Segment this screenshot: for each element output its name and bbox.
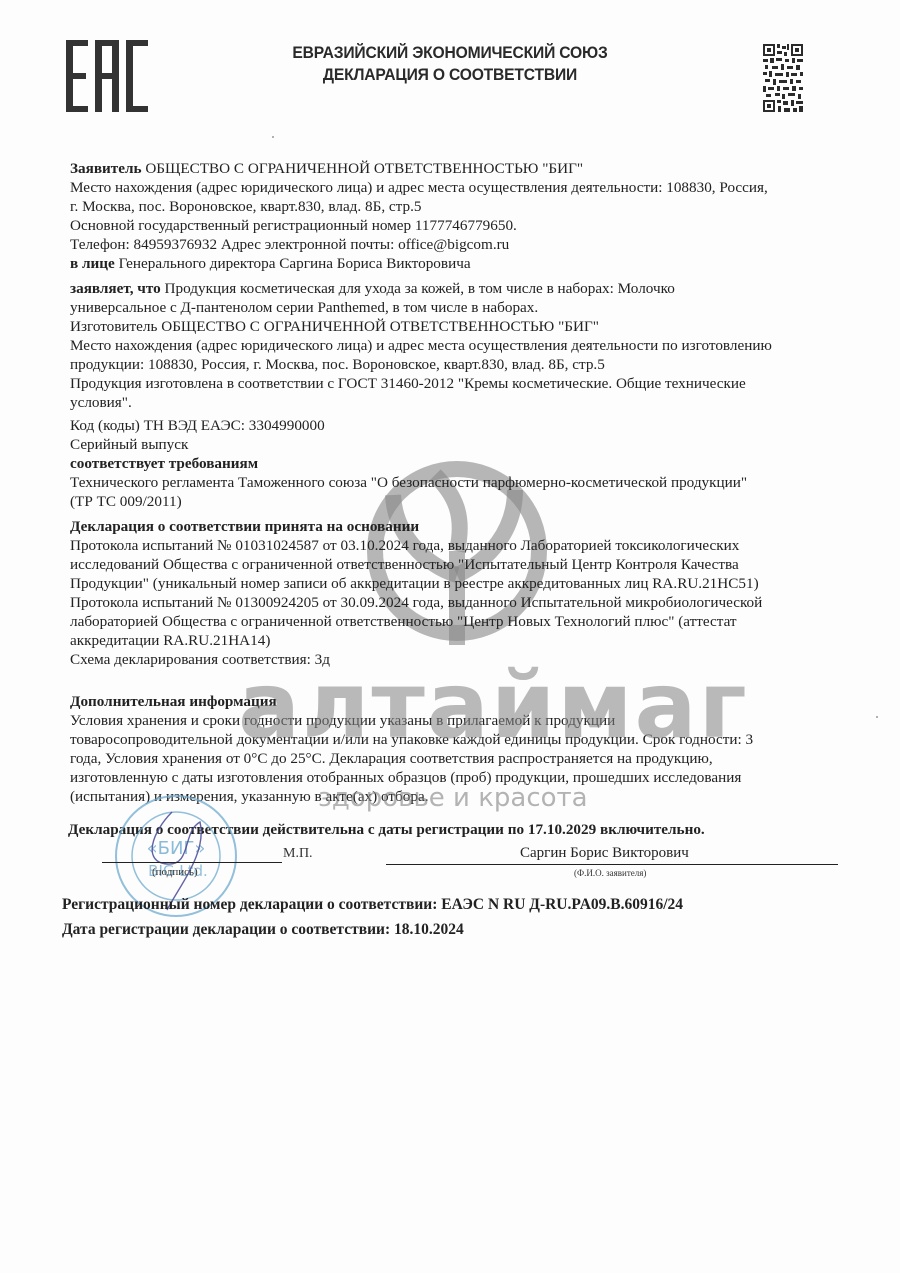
stamp-place-label: М.П. [283, 846, 313, 862]
scan-dot [876, 716, 878, 718]
applicant-section: Заявитель ОБЩЕСТВО С ОГРАНИЧЕННОЙ ОТВЕТС… [70, 159, 840, 273]
hs-code: Код (коды) ТН ВЭД ЕАЭС: 3304990000 [70, 416, 840, 435]
basis-line: Протокола испытаний № 01031024587 от 03.… [70, 536, 840, 555]
additional-line: (испытания) и измерения, указанную в акт… [70, 787, 840, 806]
signer-name-line [386, 864, 838, 865]
regulation-line-1: Технического регламента Таможенного союз… [70, 473, 840, 492]
manufacturer-address-2: продукции: 108830, Россия, г. Москва, по… [70, 355, 840, 374]
complies-label: соответствует требованиям [70, 454, 840, 473]
stamp-center: «БИГ» [147, 838, 206, 859]
additional-heading: Дополнительная информация [70, 692, 840, 711]
standard-line-1: Продукция изготовлена в соответствии с Г… [70, 374, 840, 393]
product-line-1: Продукция косметическая для ухода за кож… [161, 280, 675, 297]
signer-name: Саргин Борис Викторович [520, 845, 689, 862]
document-title: ЕВРАЗИЙСКИЙ ЭКОНОМИЧЕСКИЙ СОЮЗ ДЕКЛАРАЦИ… [220, 42, 680, 86]
applicant-contacts: Телефон: 84959376932 Адрес электронной п… [70, 235, 840, 254]
declaration-scheme: Схема декларирования соответствия: 3д [70, 650, 840, 669]
declaration-section: заявляет, что Продукция косметическая дл… [70, 279, 840, 511]
declares-label: заявляет, что [70, 280, 161, 297]
validity-statement: Декларация о соответствии действительна … [68, 821, 705, 839]
represented-by: Генерального директора Саргина Бориса Ви… [115, 255, 471, 272]
additional-line: изготовленную с даты изготовления отобра… [70, 768, 840, 787]
standard-line-2: условия". [70, 393, 840, 412]
product-line-2: универсальное с Д-пантенолом серии Panth… [70, 298, 840, 317]
declaration-document: ЕВРАЗИЙСКИЙ ЭКОНОМИЧЕСКИЙ СОЮЗ ДЕКЛАРАЦИ… [0, 0, 900, 1273]
basis-line: аккредитации RA.RU.21НА14) [70, 631, 840, 650]
signer-caption: (Ф.И.О. заявителя) [574, 868, 646, 878]
qr-code-icon[interactable] [763, 44, 803, 114]
additional-section: Дополнительная информация Условия хранен… [70, 692, 840, 806]
represented-label: в лице [70, 255, 115, 272]
signature-line [102, 862, 282, 863]
basis-line: Протокола испытаний № 01300924205 от 30.… [70, 593, 840, 612]
applicant-name: ОБЩЕСТВО С ОГРАНИЧЕННОЙ ОТВЕТСТВЕННОСТЬЮ… [142, 160, 584, 177]
applicant-address-2: г. Москва, пос. Вороновское, кварт.830, … [70, 197, 840, 216]
title-union: ЕВРАЗИЙСКИЙ ЭКОНОМИЧЕСКИЙ СОЮЗ [220, 42, 680, 64]
basis-line: исследований Общества с ограниченной отв… [70, 555, 840, 574]
eac-logo-icon [66, 40, 148, 112]
applicant-address-1: Место нахождения (адрес юридического лиц… [70, 178, 840, 197]
title-declaration: ДЕКЛАРАЦИЯ О СООТВЕТСТВИИ [220, 64, 680, 86]
registration-date: Дата регистрации декларации о соответств… [62, 921, 464, 939]
additional-line: Условия хранения и сроки годности продук… [70, 711, 840, 730]
signature-caption: (подпись) [152, 866, 198, 878]
additional-line: товаросопроводительной документации и/ил… [70, 730, 840, 749]
applicant-ogrn: Основной государственный регистрационный… [70, 216, 840, 235]
additional-line: года, Условия хранения от 0°С до 25°С. Д… [70, 749, 840, 768]
basis-line: лабораторией Общества с ограниченной отв… [70, 612, 840, 631]
release-type: Серийный выпуск [70, 435, 840, 454]
regulation-line-2: (ТР ТС 009/2011) [70, 492, 840, 511]
basis-section: Декларация о соответствии принята на осн… [70, 517, 840, 669]
registration-number: Регистрационный номер декларации о соотв… [62, 896, 683, 914]
basis-line: Продукции" (уникальный номер записи об а… [70, 574, 840, 593]
applicant-label: Заявитель [70, 160, 142, 177]
manufacturer: Изготовитель ОБЩЕСТВО С ОГРАНИЧЕННОЙ ОТВ… [70, 317, 840, 336]
basis-heading: Декларация о соответствии принята на осн… [70, 517, 840, 536]
scan-dot [272, 136, 274, 138]
manufacturer-address-1: Место нахождения (адрес юридического лиц… [70, 336, 840, 355]
